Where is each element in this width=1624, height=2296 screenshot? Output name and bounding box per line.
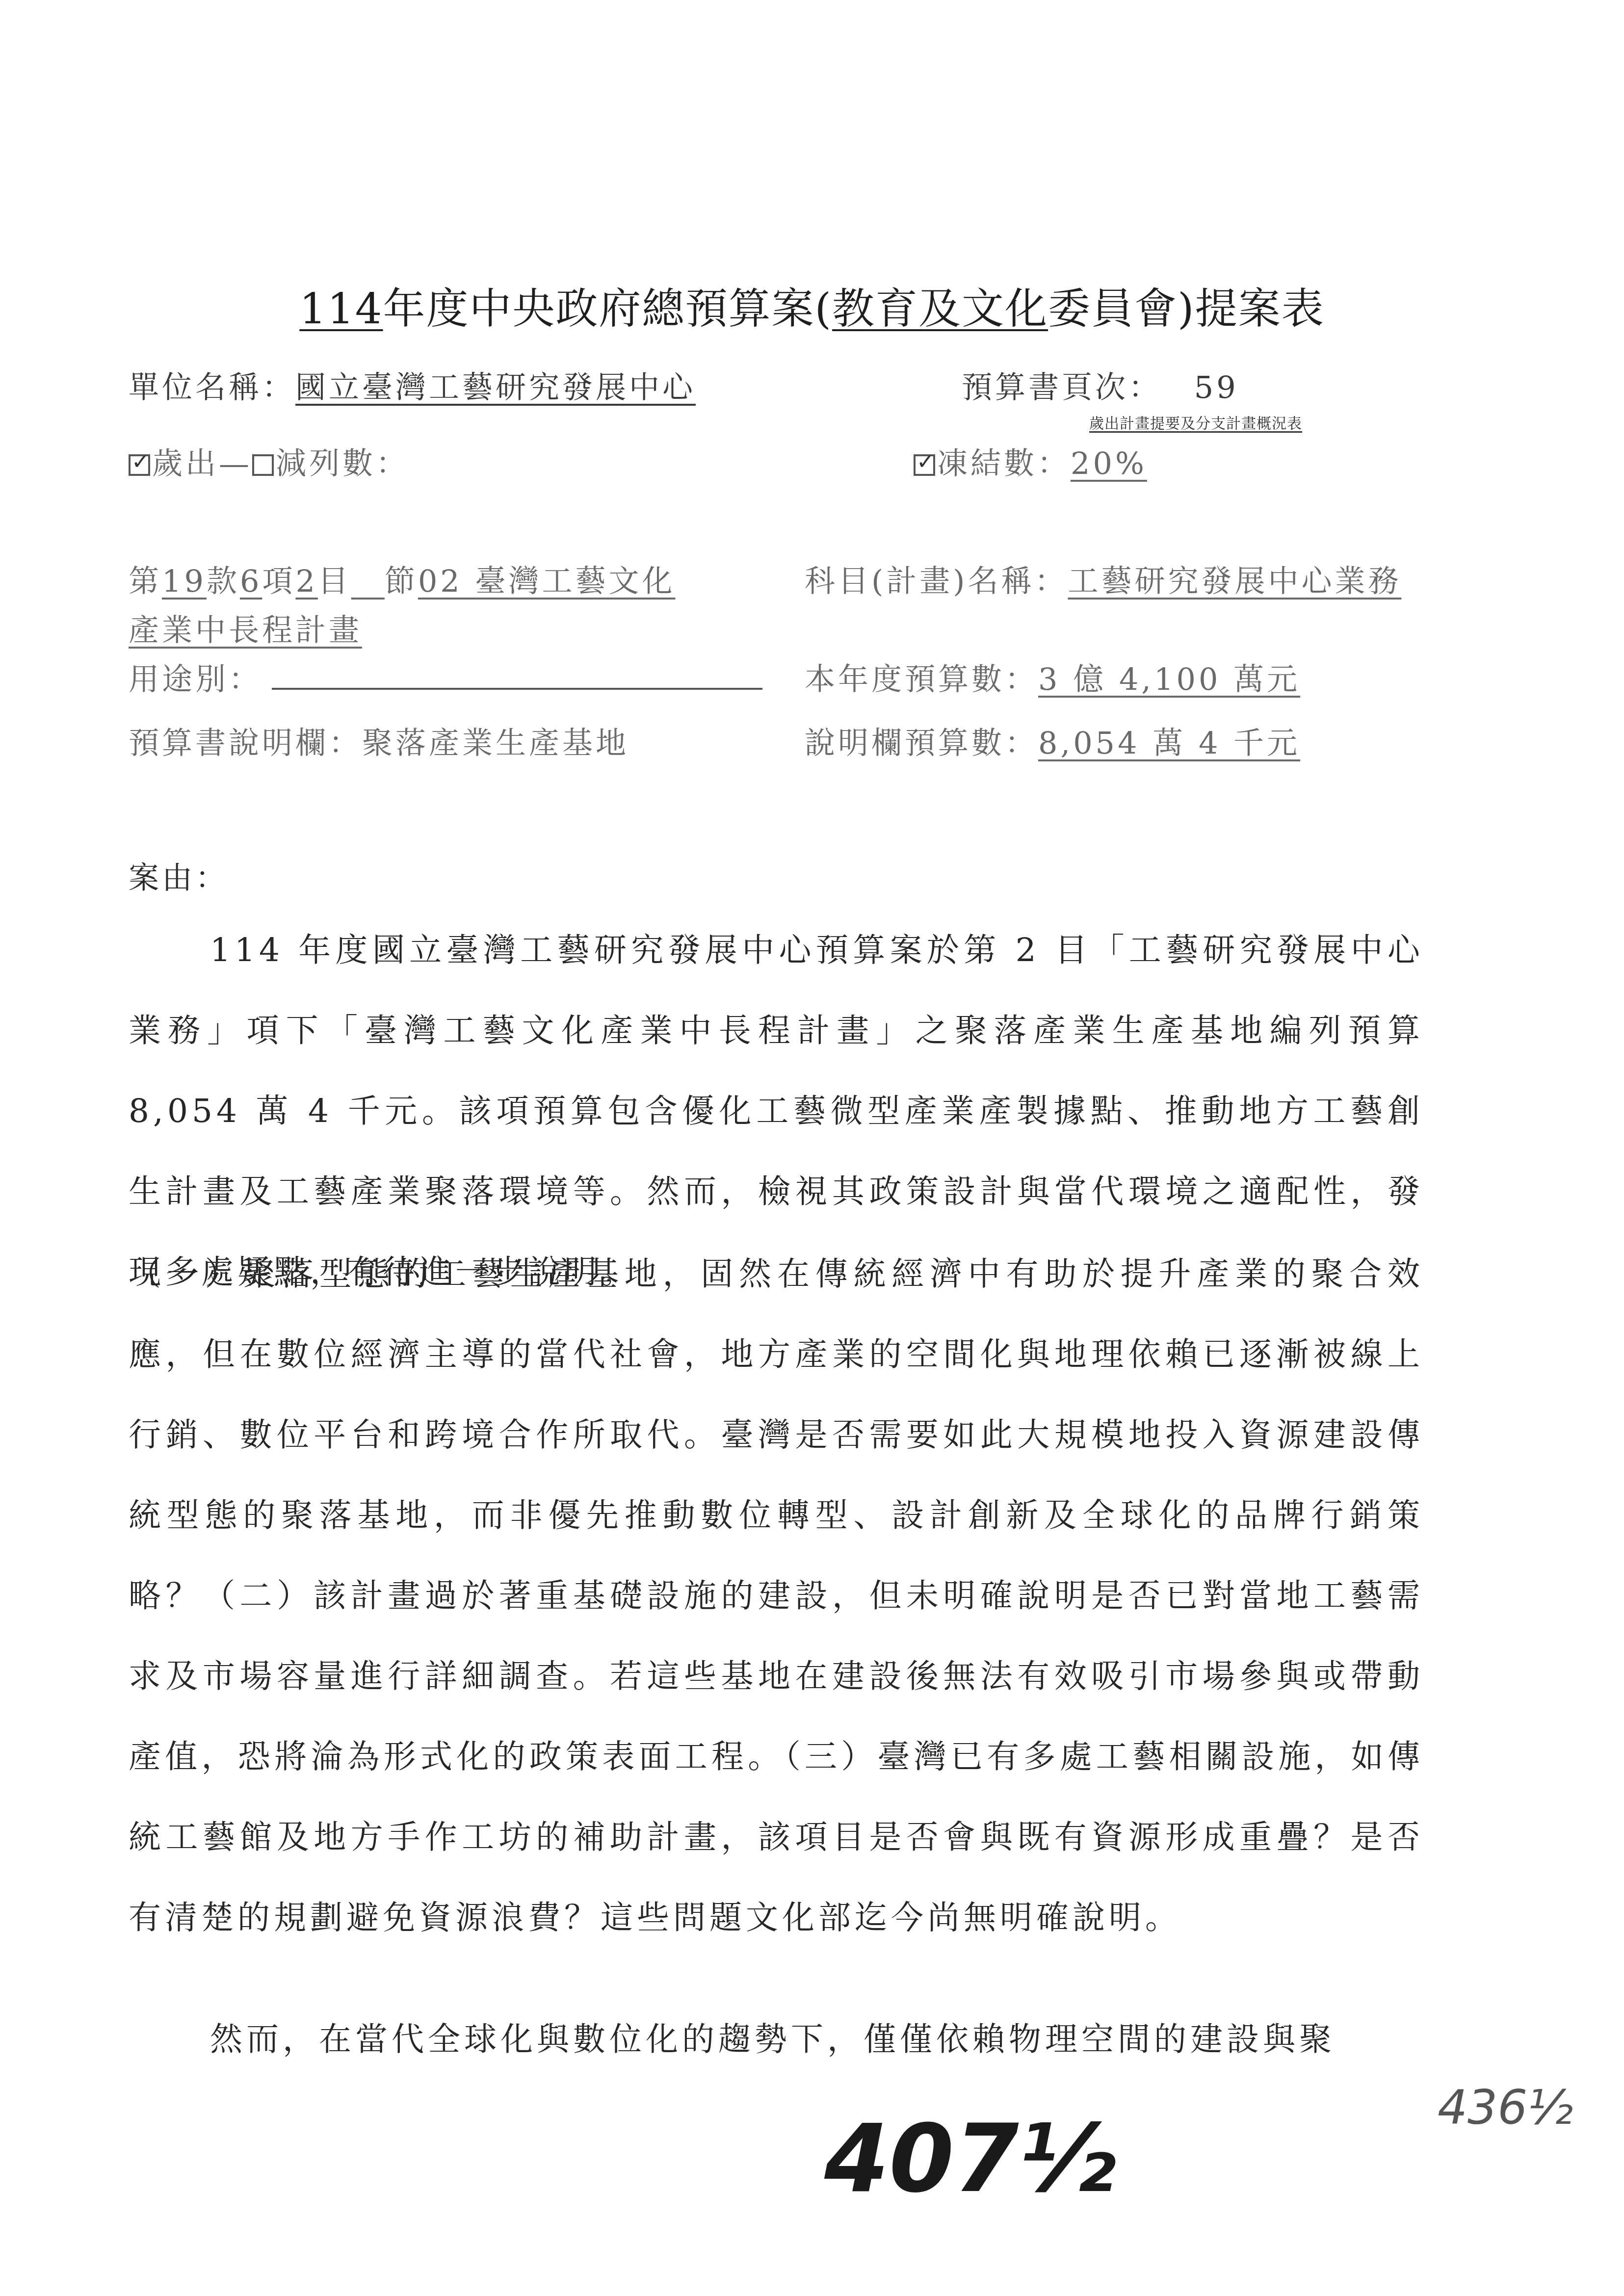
description-row: 預算書說明欄：聚落產業生產基地 [129,719,629,762]
freeze-checkbox[interactable] [914,454,935,476]
freeze-label: 凍結數： [937,445,1071,481]
subject-value: 工藝研究發展中心業務 [1068,563,1401,599]
page-value: 59 [1194,369,1239,405]
dash: — [219,445,252,481]
page-row: 預算書頁次： 59 [962,363,1239,407]
expenditure-row: 歲出—減列數： [129,439,409,483]
freeze-row: 凍結數：20% [914,439,1147,483]
desc-value: 聚落產業生產基地 [362,725,629,761]
kuan-value: 19 [162,563,207,599]
reason-paragraph-3: 然而，在當代全球化與數位化的趨勢下，僅僅依賴物理空間的建設與聚 [129,1999,1424,2080]
xiang-label: 項 [262,563,295,599]
reason-label: 案由： [129,854,229,897]
reason-paragraph-2: （一）聚落型態的工藝生產基地，固然在傳統經濟中有助於提升產業的聚合效應，但在數位… [129,1234,1424,1958]
desc-label: 預算書說明欄： [129,725,362,761]
handwritten-page-number: 407½ [824,2105,1115,2213]
subject-label: 科目(計畫)名稱： [805,563,1068,599]
document-title: 114年度中央政府總預算案(教育及文化委員會)提案表 [0,275,1624,336]
desc-amount-row: 說明欄預算數：8,054 萬 4 千元 [805,719,1300,762]
unit-name-row: 單位名稱：國立臺灣工藝研究發展中心 [129,363,928,407]
mu-value: 2 [295,563,317,599]
unit-value: 國立臺灣工藝研究發展中心 [295,363,928,407]
freeze-value: 20% [1071,445,1147,481]
page-note: 歲出計畫提要及分支計畫概況表 [1089,411,1302,433]
usage-value [272,660,762,690]
title-committee: 教育及文化 [832,285,1048,334]
usage-label: 用途別： [129,661,262,697]
kuan-label: 款 [207,563,240,599]
annual-budget-row: 本年度預算數：3 億 4,100 萬元 [805,655,1300,699]
expenditure-checkbox[interactable] [129,454,150,476]
title-part2: 委員會)提案表 [1048,285,1325,334]
section-prefix: 第 [129,563,162,599]
title-year: 114 [299,285,383,334]
expenditure-label: 歲出 [152,445,219,481]
desc-amount-label: 說明欄預算數： [805,725,1038,761]
annual-value: 3 億 4,100 萬元 [1038,661,1300,697]
handwritten-side-number: 436½ [1438,2080,1573,2135]
title-part1: 年度中央政府總預算案( [383,285,833,334]
desc-amount-value: 8,054 萬 4 千元 [1038,725,1300,761]
unit-label: 單位名稱： [129,369,295,405]
jie-label: 節 [385,563,418,599]
program-continuation-value: 產業中長程計畫 [129,612,362,648]
subject-row: 科目(計畫)名稱：工藝研究發展中心業務 [805,557,1401,600]
program-value: 02 臺灣工藝文化 [418,563,676,599]
annual-label: 本年度預算數： [805,661,1038,697]
xiang-value: 6 [240,563,262,599]
mu-label: 目 [318,563,351,599]
budget-section-row: 第19款6項2目 節02 臺灣工藝文化 [129,557,676,600]
reduction-label: 減列數： [276,445,409,481]
program-continuation: 產業中長程計畫 [129,606,362,650]
page-label: 預算書頁次： [962,369,1162,405]
usage-row: 用途別： [129,655,762,699]
reduction-checkbox[interactable] [252,454,274,476]
